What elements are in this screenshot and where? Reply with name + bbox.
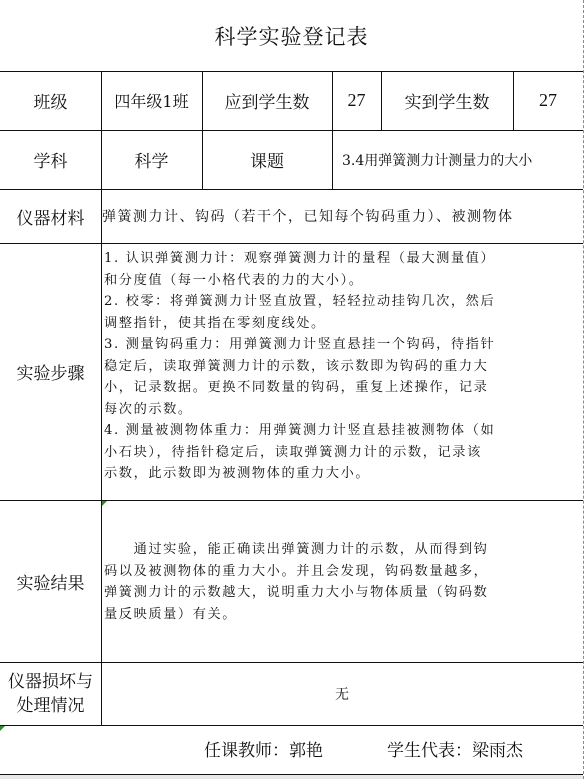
form-title: 科学实验登记表 — [0, 0, 583, 71]
page-break-line — [583, 0, 584, 779]
steps-line: 小，记录数据。更换不同数量的钩码，重复上述操作，记录 — [104, 377, 582, 399]
class-value: 四年级1班 — [101, 71, 202, 130]
actual-students-label: 实到学生数 — [381, 71, 513, 130]
damage-value: 无 — [101, 662, 583, 725]
result-line: 通过实验，能正确读出弹簧测力计的示数，从而得到钩 — [104, 539, 582, 561]
topic-value: 3.4用弹簧测力计测量力的大小 — [332, 130, 583, 189]
result-label: 实验结果 — [0, 500, 101, 662]
subject-label: 学科 — [0, 130, 101, 189]
steps-line: 1. 认识弹簧测力计：观察弹簧测力计的量程（最大测量值） — [104, 248, 582, 270]
steps-text: 1. 认识弹簧测力计：观察弹簧测力计的量程（最大测量值） 和分度值（每一小格代表… — [104, 248, 582, 485]
cell-comment-marker — [0, 726, 5, 731]
damage-label: 仪器损坏与 处理情况 — [0, 662, 101, 725]
steps-line: 稳定后，读取弹簧测力计的示数，该示数即为钩码的重力大 — [104, 356, 582, 378]
steps-line: 调整指针，使其指在零刻度线处。 — [104, 313, 582, 335]
steps-label: 实验步骤 — [0, 243, 101, 500]
subject-value: 科学 — [101, 130, 202, 189]
steps-line: 4. 测量被测物体重力：用弹簧测力计竖直悬挂被测物体（如 — [104, 420, 582, 442]
result-line: 码以及被测物体的重力大小。并且会发现，钩码数量越多， — [104, 561, 582, 583]
actual-students-value: 27 — [513, 71, 583, 130]
materials-label: 仪器材料 — [0, 189, 101, 243]
registration-form: 科学实验登记表 班级 四年级1班 应到学生数 27 实到学生数 27 学科 科学… — [0, 0, 583, 779]
steps-line: 3. 测量钩码重力：用弹簧测力计竖直悬挂一个钩码，待指针 — [104, 334, 582, 356]
cell-comment-marker — [102, 501, 107, 506]
steps-line: 每次的示数。 — [104, 399, 582, 421]
steps-line: 2. 校零：将弹簧测力计竖直放置，轻轻拉动挂钩几次，然后 — [104, 291, 582, 313]
steps-line: 小石块），待指针稳定后，读取弹簧测力计的示数，记录该 — [104, 442, 582, 464]
divider — [0, 725, 583, 726]
materials-value: 弹簧测力计、钩码（若干个，已知每个钩码重力）、被测物体 — [101, 189, 583, 243]
result-line: 弹簧测力计的示数越大，说明重力大小与物体质量（钩码数 — [104, 582, 582, 604]
damage-label-line1: 仪器损坏与 — [8, 670, 93, 694]
sheet-gridline-area — [0, 775, 583, 779]
steps-line: 和分度值（每一小格代表的力的大小）。 — [104, 270, 582, 292]
class-label: 班级 — [0, 71, 101, 130]
result-line: 量反映质量）有关。 — [104, 604, 582, 626]
result-text: 通过实验，能正确读出弹簧测力计的示数，从而得到钩 码以及被测物体的重力大小。并且… — [104, 539, 582, 625]
expected-students-label: 应到学生数 — [202, 71, 332, 130]
topic-label: 课题 — [202, 130, 332, 189]
student-rep-signature: 学生代表：梁雨杰 — [387, 736, 523, 761]
expected-students-value: 27 — [332, 71, 381, 130]
damage-label-line2: 处理情况 — [17, 694, 85, 718]
teacher-signature: 任课教师：郭艳 — [204, 736, 323, 761]
steps-line: 示数，此示数即为被测物体的重力大小。 — [104, 463, 582, 485]
